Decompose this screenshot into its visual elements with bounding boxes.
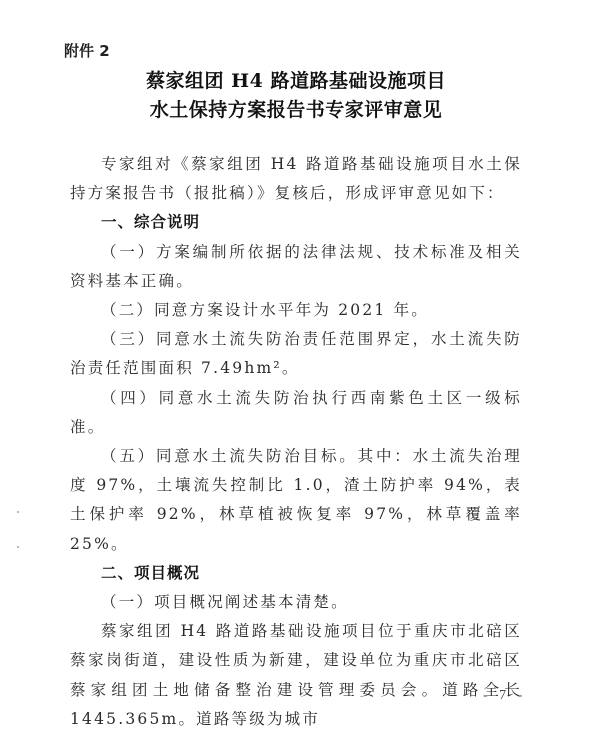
section-heading-overview: 一、综合说明 [70, 208, 522, 237]
document-body: 专家组对《蔡家组团 H4 路道路基础设施项目水土保持方案报告书（报批稿）》复核后… [70, 150, 522, 734]
paragraph: （四）同意水土流失防治执行西南紫色土区一级标准。 [70, 384, 522, 442]
paragraph: （二）同意方案设计水平年为 2021 年。 [70, 296, 522, 325]
attachment-label: 附件 2 [64, 40, 110, 61]
intro-paragraph: 专家组对《蔡家组团 H4 路道路基础设施项目水土保持方案报告书（报批稿）》复核后… [70, 150, 522, 208]
page-number: - 7 - [483, 688, 526, 704]
paragraph: 蔡家组团 H4 路道路基础设施项目位于重庆市北碚区蔡家岗街道，建设性质为新建，建… [70, 617, 522, 734]
paragraph: （三）同意水土流失防治责任范围界定，水土流失防治责任范围面积 7.49hm²。 [70, 325, 522, 383]
paragraph: （一）方案编制所依据的法律法规、技术标准及相关资料基本正确。 [70, 238, 522, 296]
document-title-line-1: 蔡家组团 H4 路道路基础设施项目 [0, 66, 592, 93]
paragraph: （五）同意水土流失防治目标。其中：水土流失治理度 97%，土壤流失控制比 1.0… [70, 442, 522, 559]
document-title-line-2: 水土保持方案报告书专家评审意见 [0, 95, 592, 122]
section-heading-project: 二、项目概况 [70, 559, 522, 588]
scan-speck [17, 511, 19, 513]
paragraph: （一）项目概况阐述基本清楚。 [70, 588, 522, 617]
scan-speck [17, 546, 19, 548]
